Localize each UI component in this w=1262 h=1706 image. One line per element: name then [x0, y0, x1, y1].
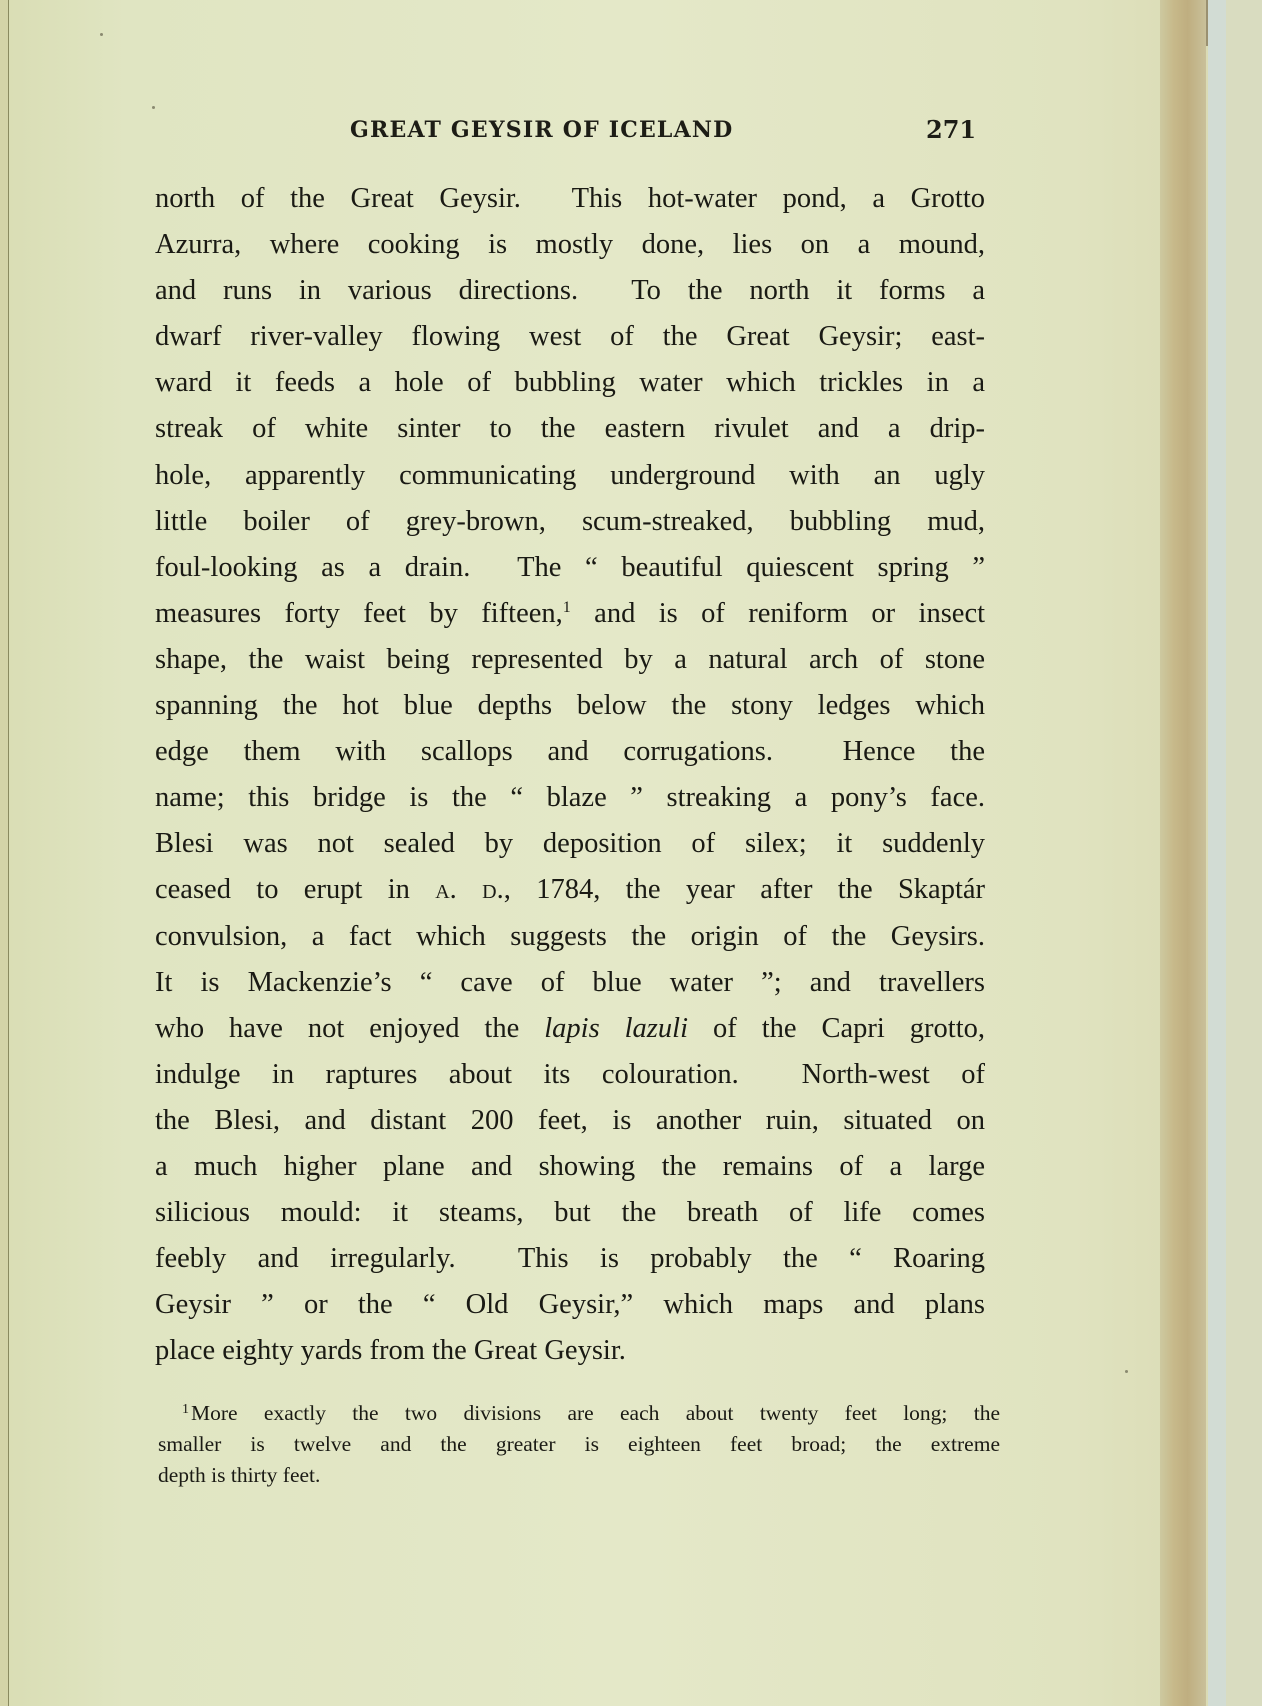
- footnote-line: smaller is twelve and the greater is eig…: [158, 1429, 1000, 1460]
- paper-speck: [1125, 1370, 1128, 1373]
- text-line: north of the Great Geysir. This hot-wate…: [155, 176, 985, 222]
- text-line: a much higher plane and showing the rema…: [155, 1144, 985, 1190]
- body-text: north of the Great Geysir. This hot-wate…: [155, 176, 985, 1374]
- footnote-reference[interactable]: 1: [563, 599, 571, 616]
- text-line: shape, the waist being represented by a …: [155, 637, 985, 683]
- text-line: Azurra, where cooking is mostly done, li…: [155, 222, 985, 268]
- footnote-line: depth is thirty feet.: [158, 1460, 1000, 1491]
- text-line: Blesi was not sealed by deposition of si…: [155, 821, 985, 867]
- era-abbreviation: a. d.: [435, 874, 504, 905]
- text-line: foul-looking as a drain. The “ beautiful…: [155, 545, 985, 591]
- page-gutter-edge: [0, 0, 9, 1706]
- text-line: indulge in raptures about its colouratio…: [155, 1052, 985, 1098]
- text-line: ceased to erupt in a. d., 1784, the year…: [155, 867, 985, 913]
- text-line: It is Mackenzie’s “ cave of blue water ”…: [155, 960, 985, 1006]
- text-line: name; this bridge is the “ blaze ” strea…: [155, 775, 985, 821]
- text-line: dwarf river-valley flowing west of the G…: [155, 314, 985, 360]
- paper-speck: [152, 106, 155, 109]
- text-line: and runs in various directions. To the n…: [155, 268, 985, 314]
- text-line: Geysir ” or the “ Old Geysir,” which map…: [155, 1282, 985, 1328]
- text-line: spanning the hot blue depths below the s…: [155, 683, 985, 729]
- text-line: streak of white sinter to the eastern ri…: [155, 406, 985, 452]
- book-page: GREAT GEYSIR OF ICELAND 271 north of the…: [0, 0, 1262, 1706]
- text-line-composite: who have not enjoyed the lapis lazuli of…: [155, 1006, 985, 1052]
- page-background-outer: [1226, 0, 1262, 1706]
- text-line: ward it feeds a hole of bubbling water w…: [155, 360, 985, 406]
- text-line: silicious mould: it steams, but the brea…: [155, 1190, 985, 1236]
- footnote-line: 1More exactly the two divisions are each…: [158, 1398, 1000, 1429]
- page-fore-edge: [1160, 0, 1206, 1706]
- text-line-composite: ceased to erupt in a. d., 1784, the year…: [155, 867, 985, 913]
- text-line-composite: measures forty feet by fifteen,1 and is …: [155, 591, 985, 637]
- page-number: 271: [926, 115, 976, 144]
- footnote-marker: 1: [182, 1402, 189, 1417]
- text-line: edge them with scallops and corrugations…: [155, 729, 985, 775]
- text-line: little boiler of grey-brown, scum-streak…: [155, 499, 985, 545]
- text-line: convulsion, a fact which suggests the or…: [155, 914, 985, 960]
- text-line: feebly and irregularly. This is probably…: [155, 1236, 985, 1282]
- running-header-title: GREAT GEYSIR OF ICELAND: [350, 117, 733, 143]
- text-line: place eighty yards from the Great Geysir…: [155, 1328, 985, 1374]
- text-line: who have not enjoyed the lapis lazuli of…: [155, 1006, 985, 1052]
- paper-speck: [100, 33, 103, 36]
- text-line: measures forty feet by fifteen,1 and is …: [155, 591, 985, 637]
- italic-term: lapis lazuli: [544, 1013, 688, 1044]
- text-line: the Blesi, and distant 200 feet, is anot…: [155, 1098, 985, 1144]
- page-fore-edge-highlight: [1208, 0, 1226, 1706]
- footnote: 1More exactly the two divisions are each…: [158, 1398, 1000, 1491]
- text-line: hole, apparently communicating undergrou…: [155, 453, 985, 499]
